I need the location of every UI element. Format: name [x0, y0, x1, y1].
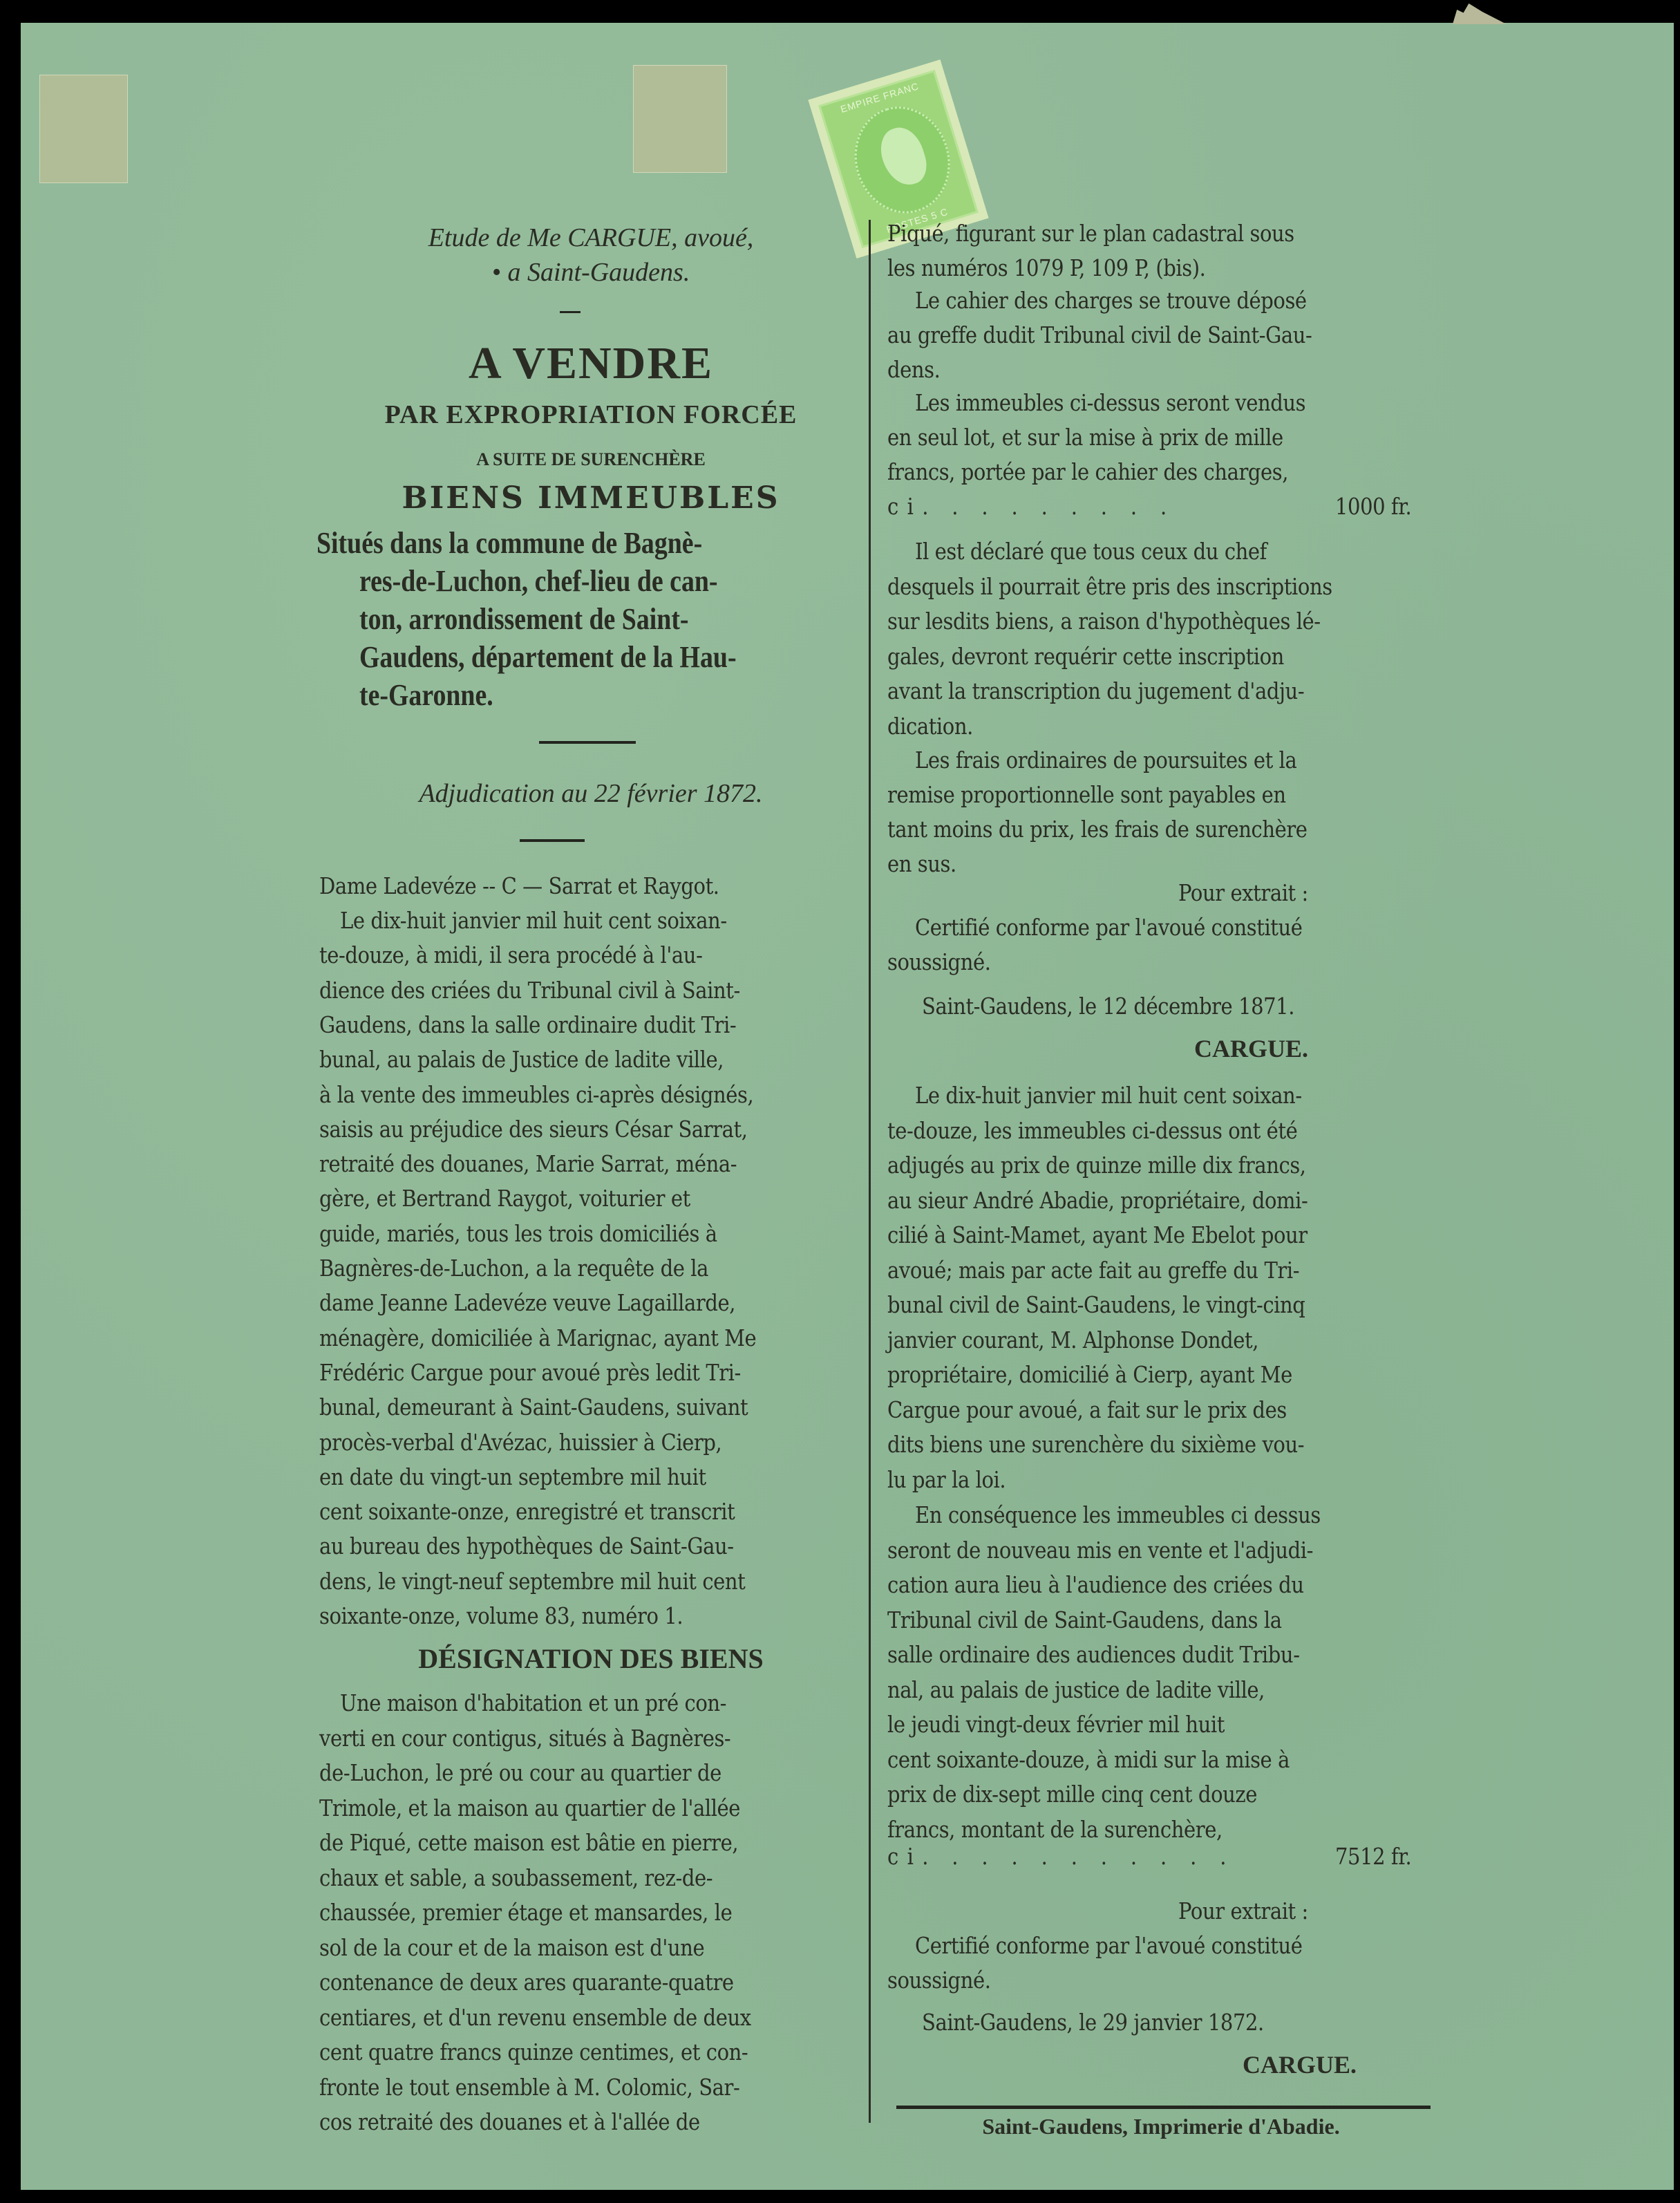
left-body-line: sol de la cour et de la maison est d'une — [319, 1934, 704, 1961]
right-body-line: te-douze, les immeubles ci-dessus ont ét… — [887, 1117, 1297, 1144]
situes-line: Situés dans la commune de Bagnè- — [317, 525, 702, 561]
left-body-line: gère, et Bertrand Raygot, voiturier et — [319, 1185, 690, 1212]
situes-line: Gaudens, département de la Hau- — [359, 639, 737, 675]
right-body-line: dits biens une surenchère du sixième vou… — [887, 1431, 1304, 1458]
extrait-1-line: soussigné. — [887, 948, 991, 975]
right-body-line: les numéros 1079 P, 109 P, (bis). — [887, 254, 1205, 281]
left-body-line: centiares, et d'un revenu ensemble de de… — [319, 2004, 751, 2031]
imprint-line: Saint-Gaudens, Imprimerie d'Abadie. — [885, 2114, 1437, 2139]
left-body-line: saisis au préjudice des sieurs César Sar… — [319, 1116, 748, 1143]
etude-line-2: • a Saint-Gaudens. — [318, 257, 864, 288]
right-body-line: cent soixante-douze, à midi sur la mise … — [887, 1746, 1290, 1773]
rule-after-adjudication — [520, 839, 585, 842]
left-body-line: ménagère, domiciliée à Marignac, ayant M… — [319, 1324, 756, 1351]
right-body-line: salle ordinaire des audiences dudit Trib… — [887, 1641, 1300, 1668]
extrait-2-heading: Pour extrait : — [1178, 1897, 1308, 1924]
price-1000-label: ci. . . . . . . . . — [887, 493, 1176, 520]
column-divider — [869, 220, 871, 2123]
torn-paper-fragment — [1453, 3, 1507, 24]
biens-immeubles: BIENS IMMEUBLES — [318, 480, 864, 516]
left-body-line: à la vente des immeubles ci-après désign… — [319, 1081, 753, 1108]
left-body-line: cent quatre francs quinze centimes, et c… — [319, 2038, 748, 2065]
right-body-line: En conséquence les immeubles ci dessus — [915, 1501, 1321, 1528]
right-body-line: Le cahier des charges se trouve déposé — [915, 287, 1307, 314]
right-body-line: francs, montant de la surenchère, — [887, 1816, 1223, 1843]
etude-line-1: Etude de Me CARGUE, avoué, — [318, 223, 864, 253]
left-body-line: bunal, au palais de Justice de ladite vi… — [319, 1046, 724, 1073]
price-7512-amount: 7512 fr. — [1335, 1843, 1411, 1870]
extrait-2-signature: CARGUE. — [1243, 2050, 1357, 2079]
right-body-line: tant moins du prix, les frais de surench… — [887, 816, 1308, 843]
left-body-line: cos retraité des douanes et à l'allée de — [319, 2108, 700, 2135]
parties-line: Dame Ladevéze -- C — Sarrat et Raygot. — [319, 872, 719, 899]
right-body-line: janvier courant, M. Alphonse Dondet, — [887, 1327, 1258, 1353]
right-body-line: Les immeubles ci-dessus seront vendus — [915, 389, 1305, 416]
adjudication-date: Adjudication au 22 février 1872. — [318, 778, 864, 809]
left-body-line: Frédéric Cargue pour avoué près ledit Tr… — [319, 1359, 741, 1386]
right-body-line: desquels il pourrait être pris des inscr… — [887, 573, 1332, 600]
extrait-1-signature: CARGUE. — [1194, 1034, 1308, 1063]
left-body-line: soixante-onze, volume 83, numéro 1. — [319, 1602, 683, 1629]
right-body-line: sur lesdits biens, a raison d'hypothèque… — [887, 608, 1321, 635]
situes-line: te-Garonne. — [359, 677, 493, 713]
left-body-line: dame Jeanne Ladevéze veuve Lagaillarde, — [319, 1289, 735, 1316]
left-body-line: cent soixante-onze, enregistré et transc… — [319, 1498, 735, 1525]
right-body-line: cation aura lieu à l'audience des criées… — [887, 1571, 1304, 1598]
right-body-line: en sus. — [887, 850, 956, 877]
right-body-line: en seul lot, et sur la mise à prix de mi… — [887, 424, 1283, 451]
situes-line: res-de-Luchon, chef-lieu de can- — [359, 563, 718, 599]
right-body-line: francs, portée par le cahier des charges… — [887, 458, 1288, 485]
right-body-line: nal, au palais de justice de ladite vill… — [887, 1676, 1265, 1703]
left-body-line: Le dix-huit janvier mil huit cent soixan… — [340, 907, 727, 934]
designation-title: DÉSIGNATION DES BIENS — [318, 1642, 864, 1675]
right-body-line: au sieur André Abadie, propriétaire, dom… — [887, 1187, 1308, 1214]
imprint-rule — [896, 2106, 1431, 2109]
right-body-line: Les frais ordinaires de poursuites et la — [915, 747, 1296, 774]
left-body-line: Une maison d'habitation et un pré con- — [340, 1689, 726, 1716]
right-body-line: bunal civil de Saint-Gaudens, le vingt-c… — [887, 1291, 1305, 1318]
right-body-line: Le dix-huit janvier mil huit cent soixan… — [915, 1082, 1302, 1109]
left-body-line: retraité des douanes, Marie Sarrat, ména… — [319, 1150, 737, 1177]
left-body-line: te-douze, à midi, il sera procédé à l'au… — [319, 941, 702, 968]
left-body-line: Gaudens, dans la salle ordinaire dudit T… — [319, 1011, 736, 1038]
extrait-1-date: Saint-Gaudens, le 12 décembre 1871. — [922, 993, 1294, 1020]
right-body-line: Il est déclaré que tous ceux du chef — [915, 538, 1267, 565]
right-body-line: lu par la loi. — [887, 1466, 1006, 1493]
situes-line: ton, arrondissement de Saint- — [359, 601, 689, 637]
left-body-line: Trimole, et la maison au quartier de l'a… — [319, 1794, 740, 1821]
left-body-line: contenance de deux ares quarante-quatre — [319, 1969, 734, 1996]
extrait-1-heading: Pour extrait : — [1178, 879, 1308, 906]
right-body-line: adjugés au prix de quinze mille dix fran… — [887, 1152, 1306, 1179]
extrait-1-line: Certifié conforme par l'avoué constitué — [915, 914, 1303, 941]
left-body-line: verti en cour contigus, situés à Bagnère… — [319, 1725, 730, 1752]
left-body-line: chaux et sable, a soubassement, rez-de- — [319, 1864, 712, 1891]
subtitle-surenchere: A SUITE DE SURENCHÈRE — [318, 449, 864, 470]
left-body-line: dience des criées du Tribunal civil à Sa… — [319, 977, 740, 1004]
left-body-line: de Piqué, cette maison est bâtie en pier… — [319, 1829, 738, 1856]
left-body-line: en date du vingt-un septembre mil huit — [319, 1463, 706, 1490]
right-body-line: le jeudi vingt-deux février mil huit — [887, 1711, 1225, 1738]
right-body-line: gales, devront requérir cette inscriptio… — [887, 643, 1284, 670]
right-body-line: au greffe dudit Tribunal civil de Saint-… — [887, 321, 1312, 348]
right-body-line: dication. — [887, 713, 973, 740]
subtitle-expropriation: PAR EXPROPRIATION FORCÉE — [318, 400, 864, 430]
left-body-line: chaussée, premier étage et mansardes, le — [319, 1899, 732, 1926]
extrait-2-date: Saint-Gaudens, le 29 janvier 1872. — [922, 2009, 1264, 2036]
extrait-2-line: soussigné. — [887, 1967, 991, 1994]
left-body-line: guide, mariés, tous les trois domiciliés… — [319, 1220, 717, 1247]
right-body-line: Piqué, figurant sur le plan cadastral so… — [887, 220, 1294, 247]
tape-strip-center — [633, 65, 727, 173]
right-body-line: avant la transcription du jugement d'adj… — [887, 677, 1304, 704]
left-body-line: Bagnères-de-Luchon, a la requête de la — [319, 1255, 708, 1282]
price-7512-label: ci. . . . . . . . . . . — [887, 1843, 1235, 1870]
right-body-line: dens. — [887, 356, 940, 383]
tape-strip-left — [39, 75, 128, 183]
right-body-line: propriétaire, domicilié à Cierp, ayant M… — [887, 1361, 1292, 1388]
short-rule — [560, 311, 581, 313]
right-body-line: seront de nouveau mis en vente et l'adju… — [887, 1537, 1313, 1564]
right-body-line: Tribunal civil de Saint-Gaudens, dans la — [887, 1606, 1282, 1633]
left-body-line: de-Luchon, le pré ou cour au quartier de — [319, 1759, 721, 1786]
right-body-line: avoué; mais par acte fait au greffe du T… — [887, 1257, 1299, 1284]
right-body-line: cilié à Saint-Mamet, ayant Me Ebelot pou… — [887, 1221, 1308, 1248]
right-body-line: remise proportionnelle sont payables en — [887, 781, 1286, 808]
left-body-line: bunal, demeurant à Saint-Gaudens, suivan… — [319, 1394, 748, 1421]
left-body-line: procès-verbal d'Avézac, huissier à Cierp… — [319, 1429, 721, 1456]
extrait-2-line: Certifié conforme par l'avoué constitué — [915, 1932, 1303, 1959]
right-body-line: prix de dix-sept mille cinq cent douze — [887, 1781, 1257, 1808]
rule-after-garonne — [539, 741, 636, 744]
left-body-line: fronte le tout ensemble à M. Colomic, Sa… — [319, 2074, 739, 2101]
left-body-line: dens, le vingt-neuf septembre mil huit c… — [319, 1568, 745, 1595]
price-1000-amount: 1000 fr. — [1335, 493, 1411, 520]
left-body-line: au bureau des hypothèques de Saint-Gau- — [319, 1532, 734, 1559]
right-body-line: Cargue pour avoué, a fait sur le prix de… — [887, 1396, 1287, 1423]
title-a-vendre: A VENDRE — [318, 337, 864, 390]
